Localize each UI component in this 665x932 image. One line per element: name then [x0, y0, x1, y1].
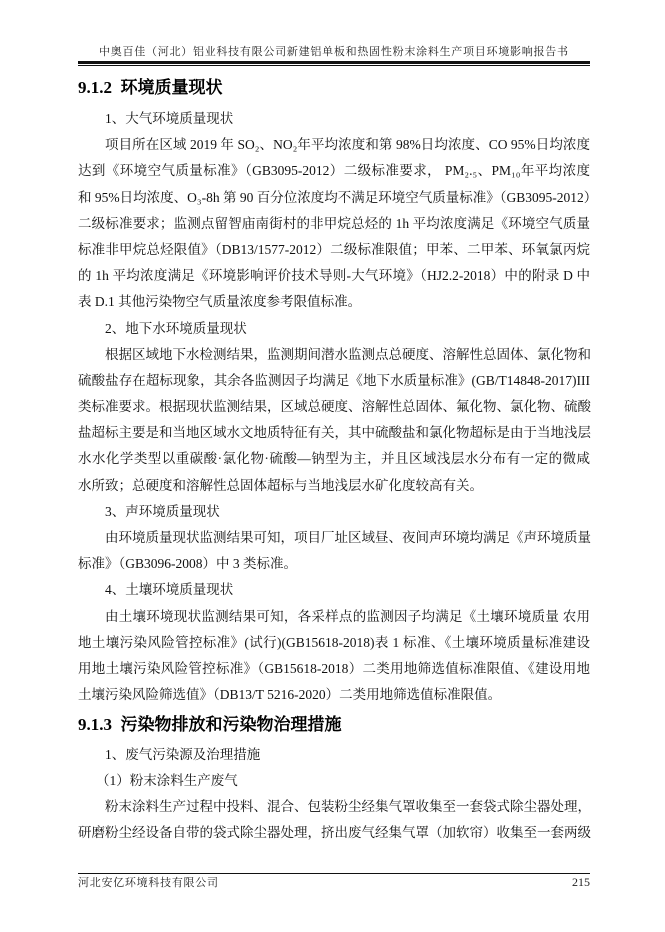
- section-body-9-1-2: 1、大气环境质量现状 项目所在区域 2019 年 SO₂、NO₂年平均浓度和第 …: [78, 106, 590, 708]
- page-number: 215: [572, 875, 590, 889]
- document-page: 中奥百佳（河北）铝业科技有限公司新建铝单板和热固性粉末涂料生产项目环境影响报告书…: [0, 0, 665, 932]
- subsection-title-soil: 4、土壤环境质量现状: [78, 577, 590, 603]
- paragraph-line: 水所致；总硬度和溶解性总固体超标与当地浅层水矿化度较高有关。: [78, 473, 590, 499]
- paragraph-line: 研磨粉尘经设备自带的袋式除尘器处理，挤出废气经集气罩（加软帘）收集至一套两级: [78, 820, 590, 846]
- paragraph-line: 表 D.1 其他污染物空气质量浓度参考限值标准。: [78, 289, 590, 315]
- paragraph-line: 项目所在区域 2019 年 SO₂、NO₂年平均浓度和第 98%日均浓度、CO …: [78, 132, 590, 158]
- section-number: 9.1.3: [78, 715, 112, 734]
- paragraph-line: 水水化学类型以重碳酸·氯化物·硫酸—钠型为主，并且区域浅层水分布有一定的微咸: [78, 446, 590, 472]
- section-title: 环境质量现状: [121, 78, 223, 97]
- paragraph-line: 粉末涂料生产过程中投料、混合、包装粉尘经集气罩收集至一套袋式除尘器处理，: [78, 794, 590, 820]
- paragraph-line: 土壤污染风险筛选值》（DB13/T 5216-2020）二类用地筛选值标准限值。: [78, 682, 590, 708]
- paragraph-line: 由环境质量现状监测结果可知，项目厂址区域昼、夜间声环境均满足《声环境质量: [78, 525, 590, 551]
- section-title: 污染物排放和污染物治理措施: [121, 715, 342, 734]
- paragraph-line: 达到《环境空气质量标准》（GB3095-2012）二级标准要求， PM₂.₅、P…: [78, 158, 590, 184]
- paragraph-line: 盐超标主要是和当地区域水文地质特征有关，其中硫酸盐和氯化物超标是由于当地浅层: [78, 420, 590, 446]
- paragraph-line: 标准非甲烷总烃限值》（DB13/1577-2012）二级标准限值；甲苯、二甲苯、…: [78, 237, 590, 263]
- item-title-exhaust: 1、废气污染源及治理措施: [78, 742, 590, 768]
- header-rule-thick: [78, 61, 590, 64]
- paragraph-line: 用地土壤污染风险管控标准》（GB15618-2018）二类用地筛选值标准限值、《…: [78, 656, 590, 682]
- paragraph-line: 硫酸盐存在超标现象，其余各监测因子均满足《地下水质量标准》(GB/T14848-…: [78, 368, 590, 394]
- paragraph-line: 二级标准要求；监测点留智庙南街村的非甲烷总烃的 1h 平均浓度满足《环境空气质量: [78, 211, 590, 237]
- footer-rule: [78, 873, 590, 874]
- footer-company: 河北安亿环境科技有限公司: [78, 876, 218, 890]
- paragraph-line: 类标准要求。根据现状监测结果，区域总硬度、溶解性总固体、氟化物、氯化物、硫酸: [78, 394, 590, 420]
- paragraph-line: 地土壤污染风险管控标准》(试行)(GB15618-2018)表 1 标准、《土壤…: [78, 630, 590, 656]
- subsection-title-air: 1、大气环境质量现状: [78, 106, 590, 132]
- section-heading-9-1-2: 9.1.2 环境质量现状: [78, 73, 223, 103]
- subitem-title-powder-coating: （1）粉末涂料生产废气: [78, 768, 590, 794]
- paragraph-line: 的 1h 平均浓度满足《环境影响评价技术导则-大气环境》（HJ2.2-2018）…: [78, 263, 590, 289]
- section-number: 9.1.2: [78, 78, 112, 97]
- page-header-title: 中奥百佳（河北）铝业科技有限公司新建铝单板和热固性粉末涂料生产项目环境影响报告书: [99, 44, 568, 60]
- section-heading-9-1-3: 9.1.3 污染物排放和污染物治理措施: [78, 710, 342, 740]
- paragraph-line: 和 95%日均浓度、O₃-8h 第 90 百分位浓度均不满足环境空气质量标准》（…: [78, 185, 590, 211]
- paragraph-line: 根据区域地下水检测结果，监测期间潜水监测点总硬度、溶解性总固体、氯化物和: [78, 342, 590, 368]
- paragraph-line: 标准》（GB3096-2008）中 3 类标准。: [78, 551, 590, 577]
- header-rule-thin: [78, 65, 590, 66]
- section-body-9-1-3: 1、废气污染源及治理措施 （1）粉末涂料生产废气 粉末涂料生产过程中投料、混合、…: [78, 742, 590, 846]
- subsection-title-noise: 3、声环境质量现状: [78, 499, 590, 525]
- paragraph-line: 由土壤环境现状监测结果可知，各采样点的监测因子均满足《土壤环境质量 农用: [78, 604, 590, 630]
- subsection-title-groundwater: 2、地下水环境质量现状: [78, 316, 590, 342]
